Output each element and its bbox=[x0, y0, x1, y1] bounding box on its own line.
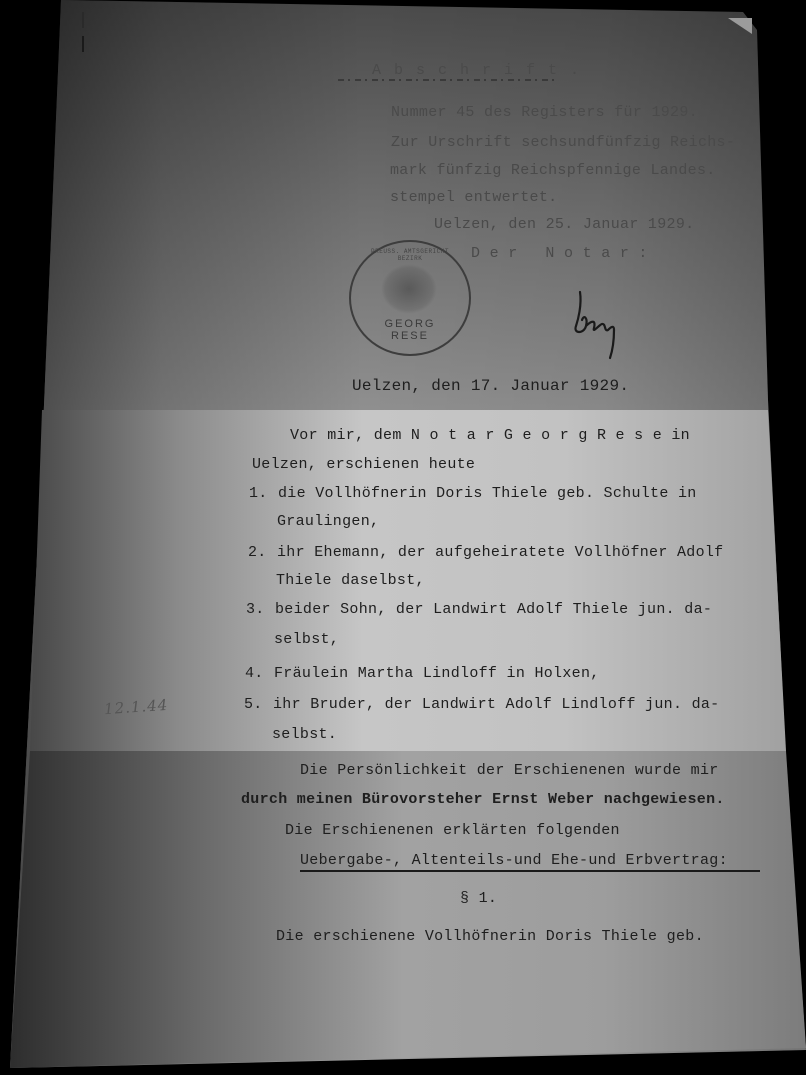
party-number: 1. bbox=[249, 485, 268, 502]
eagle-seal-icon bbox=[381, 264, 437, 314]
party-line: beider Sohn, der Landwirt Adolf Thiele j… bbox=[275, 601, 712, 618]
party-number: 3. bbox=[246, 601, 265, 618]
title-dash-underline bbox=[338, 79, 558, 81]
party-line: selbst, bbox=[274, 631, 339, 648]
intro-line: Uelzen, erschienen heute bbox=[252, 456, 475, 473]
pen-mark bbox=[82, 12, 84, 52]
notary-label: D e r N o t a r : bbox=[471, 245, 648, 262]
party-number: 4. bbox=[245, 665, 264, 682]
party-line: ihr Bruder, der Landwirt Adolf Lindloff … bbox=[273, 696, 719, 713]
party-line: Thiele daselbst, bbox=[276, 572, 425, 589]
intro-line: Vor mir, dem N o t a r G e o r g R e s e… bbox=[290, 427, 690, 444]
register-note-line: Zur Urschrift sechsundfünfzig Reichs- bbox=[391, 134, 735, 151]
party-line: selbst. bbox=[272, 726, 337, 743]
identity-line: durch meinen Bürovorsteher Ernst Weber n… bbox=[241, 791, 725, 808]
notary-seal: PREUSS. AMTSGERICHT BEZIRK GEORG RESE bbox=[349, 240, 471, 356]
dateline: Uelzen, den 17. Januar 1929. bbox=[352, 377, 629, 395]
party-line: die Vollhöfnerin Doris Thiele geb. Schul… bbox=[278, 485, 697, 502]
register-note-line: mark fünfzig Reichspfennige Landes. bbox=[390, 162, 716, 179]
section-heading: § 1. bbox=[460, 890, 497, 907]
contract-title: Uebergabe-, Altenteils-und Ehe-und Erbve… bbox=[300, 852, 760, 872]
party-line: Fräulein Martha Lindloff in Holxen, bbox=[274, 665, 600, 682]
section-text: Die erschienene Vollhöfnerin Doris Thiel… bbox=[276, 928, 704, 945]
identity-line: Die Persönlichkeit der Erschienenen wurd… bbox=[300, 762, 719, 779]
declaration-line: Die Erschienenen erklärten folgenden bbox=[285, 822, 620, 839]
document-title: A b s c h r i f t . bbox=[372, 62, 581, 79]
header-place-date: Uelzen, den 25. Januar 1929. bbox=[434, 216, 694, 233]
party-line: ihr Ehemann, der aufgeheiratete Vollhöfn… bbox=[277, 544, 723, 561]
seal-name: GEORG RESE bbox=[365, 318, 455, 342]
register-note-line: stempel entwertet. bbox=[390, 189, 557, 206]
party-line: Graulingen, bbox=[277, 513, 379, 530]
party-number: 5. bbox=[244, 696, 263, 713]
notary-signature bbox=[570, 290, 625, 360]
register-note-line: Nummer 45 des Registers für 1929. bbox=[391, 104, 698, 121]
party-number: 2. bbox=[248, 544, 267, 561]
seal-ring-text: PREUSS. AMTSGERICHT BEZIRK bbox=[363, 248, 457, 262]
